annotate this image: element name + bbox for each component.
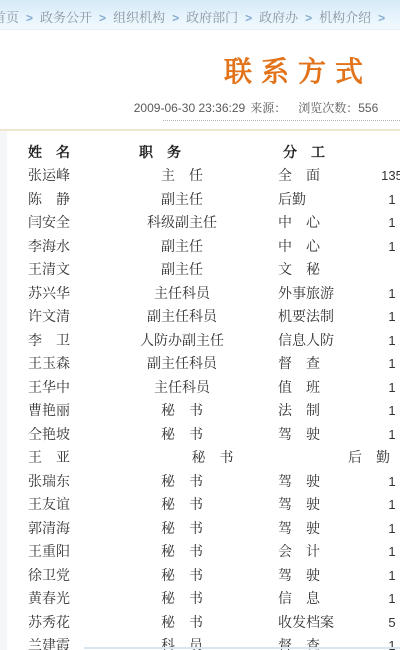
table-body: 张运峰 主 任 全 面 135 陈 静 副主任 后勤 1 闫安全 科级副主任 中… xyxy=(0,164,400,650)
table-row: 仝艳坡 秘 书 驾 驶 1 xyxy=(0,423,400,447)
solid-divider xyxy=(0,129,400,131)
table-row: 苏秀花 秘 书 收发档案 5 xyxy=(0,611,400,635)
cell-name: 张瑞东 xyxy=(28,470,70,494)
cell-division: 收发档案 xyxy=(278,611,334,635)
cell-name: 徐卫党 xyxy=(28,564,70,588)
breadcrumb-link[interactable]: 机构介绍 xyxy=(319,10,371,25)
article-meta: 2009-06-30 23:36:29来源：浏览次数：556 xyxy=(0,99,400,116)
cell-division: 驾 驶 xyxy=(278,423,320,447)
cell-position: 人防办副主任 xyxy=(92,329,272,353)
cell-name: 郭清海 xyxy=(28,517,70,541)
cell-phone: 1 xyxy=(352,423,400,447)
cell-position: 副主任科员 xyxy=(92,352,272,376)
cell-division: 驾 驶 xyxy=(278,493,320,517)
table-row: 黄春光 秘 书 信 息 1 xyxy=(0,587,400,611)
cell-name: 王玉森 xyxy=(28,352,70,376)
breadcrumb-link[interactable]: 政务公开 xyxy=(40,10,92,25)
header-division: 分 工 xyxy=(283,140,325,164)
table-row: 王友谊 秘 书 驾 驶 1 xyxy=(0,493,400,517)
cell-position: 主任科员 xyxy=(92,376,272,400)
cell-position: 科级副主任 xyxy=(92,211,272,235)
cell-position: 主 任 xyxy=(92,164,272,188)
table-row: 王重阳 秘 书 会 计 1 xyxy=(0,540,400,564)
cell-position: 副主任 xyxy=(92,258,272,282)
views-count: 556 xyxy=(358,101,378,115)
cell-position: 秘 书 xyxy=(92,587,272,611)
table-row: 许文清 副主任科员 机要法制 1 xyxy=(0,305,400,329)
table-row: 闫安全 科级副主任 中 心 1 xyxy=(0,211,400,235)
cell-division: 法 制 xyxy=(278,399,320,423)
cell-division: 信息人防 xyxy=(278,329,334,353)
cell-division: 中 心 xyxy=(278,211,320,235)
cell-name: 许文清 xyxy=(28,305,70,329)
cell-phone: 135 xyxy=(352,164,400,188)
cell-name: 闫安全 xyxy=(28,211,70,235)
cell-division: 信 息 xyxy=(278,587,320,611)
breadcrumb-link[interactable]: 政府办 xyxy=(259,10,298,25)
table-row: 郭清海 秘 书 驾 驶 1 xyxy=(0,517,400,541)
cell-division: 督 查 xyxy=(278,352,320,376)
chevron-right-icon: > xyxy=(245,11,252,25)
cell-phone: 1 xyxy=(352,470,400,494)
table-row: 王清文 副主任 文 秘 xyxy=(0,258,400,282)
cell-name: 陈 静 xyxy=(28,188,70,212)
cell-phone: 1 xyxy=(352,587,400,611)
cell-phone: 1 xyxy=(352,329,400,353)
cell-phone: 1 xyxy=(352,352,400,376)
table-header-row: 姓 名 职 务 分 工 xyxy=(0,140,400,164)
cell-name: 兰建霞 xyxy=(28,634,70,650)
page-title: 联系方式 xyxy=(0,50,400,90)
cell-name: 王清文 xyxy=(28,258,70,282)
cell-division: 外事旅游 xyxy=(278,282,334,306)
table-row: 王华中 主任科员 值 班 1 xyxy=(0,376,400,400)
table-row: 王 亚 秘 书 后 勤 xyxy=(0,446,400,470)
dotted-divider xyxy=(163,120,400,121)
cell-position: 副主任 xyxy=(92,188,272,212)
cell-phone: 5 xyxy=(352,611,400,635)
cell-division: 值 班 xyxy=(278,376,320,400)
cell-name: 苏秀花 xyxy=(28,611,70,635)
cell-phone: 1 xyxy=(352,305,400,329)
cell-name: 李海水 xyxy=(28,235,70,259)
cell-name: 仝艳坡 xyxy=(28,423,70,447)
header-position: 职 务 xyxy=(95,140,225,164)
chevron-right-icon: > xyxy=(99,11,106,25)
cell-division: 后勤 xyxy=(278,188,306,212)
cell-name: 黄春光 xyxy=(28,587,70,611)
breadcrumb-link[interactable]: 政府部门 xyxy=(186,10,238,25)
cell-position: 副主任 xyxy=(92,235,272,259)
cell-position: 秘 书 xyxy=(92,399,272,423)
header-name: 姓 名 xyxy=(28,140,70,164)
cell-position: 秘 书 xyxy=(110,446,315,470)
cell-division: 驾 驶 xyxy=(278,564,320,588)
cell-phone: 1 xyxy=(352,188,400,212)
cell-division: 后 勤 xyxy=(348,446,390,470)
cell-position: 秘 书 xyxy=(92,470,272,494)
table-row: 苏兴华 主任科员 外事旅游 1 xyxy=(0,282,400,306)
cell-name: 王友谊 xyxy=(28,493,70,517)
views-label: 浏览次数： xyxy=(298,101,358,115)
cell-division: 机要法制 xyxy=(278,305,334,329)
cell-phone: 1 xyxy=(352,376,400,400)
table-row: 张运峰 主 任 全 面 135 xyxy=(0,164,400,188)
cell-position: 秘 书 xyxy=(92,540,272,564)
cell-division: 驾 驶 xyxy=(278,470,320,494)
breadcrumb-bar: 首页>政务公开>组织机构>政府部门>政府办>机构介绍> xyxy=(0,0,400,30)
chevron-right-icon: > xyxy=(378,11,385,25)
cell-division: 全 面 xyxy=(278,164,320,188)
cell-position: 秘 书 xyxy=(92,517,272,541)
table-row: 王玉森 副主任科员 督 查 1 xyxy=(0,352,400,376)
breadcrumb: 首页>政务公开>组织机构>政府部门>政府办>机构介绍> xyxy=(0,7,392,26)
cell-phone: 1 xyxy=(352,564,400,588)
table-row: 徐卫党 秘 书 驾 驶 1 xyxy=(0,564,400,588)
cell-division: 中 心 xyxy=(278,235,320,259)
cell-position: 主任科员 xyxy=(92,282,272,306)
source-label: 来源： xyxy=(250,101,286,115)
chevron-right-icon: > xyxy=(26,11,33,25)
breadcrumb-link[interactable]: 组织机构 xyxy=(113,10,165,25)
cell-phone: 1 xyxy=(352,399,400,423)
table-row: 张瑞东 秘 书 驾 驶 1 xyxy=(0,470,400,494)
breadcrumb-link[interactable]: 首页 xyxy=(0,10,19,25)
cell-phone: 1 xyxy=(352,282,400,306)
chevron-right-icon: > xyxy=(305,11,312,25)
cell-name: 曹艳丽 xyxy=(28,399,70,423)
bottom-divider xyxy=(84,647,400,649)
publish-date: 2009-06-30 23:36:29 xyxy=(134,101,245,115)
table-row: 李海水 副主任 中 心 1 xyxy=(0,235,400,259)
cell-division: 驾 驶 xyxy=(278,517,320,541)
cell-phone: 1 xyxy=(352,235,400,259)
cell-division: 会 计 xyxy=(278,540,320,564)
cell-position: 秘 书 xyxy=(92,611,272,635)
table-row: 曹艳丽 秘 书 法 制 1 xyxy=(0,399,400,423)
cell-name: 王重阳 xyxy=(28,540,70,564)
cell-division: 文 秘 xyxy=(278,258,320,282)
cell-phone: 1 xyxy=(352,540,400,564)
cell-phone: 1 xyxy=(352,211,400,235)
cell-phone: 1 xyxy=(352,493,400,517)
chevron-right-icon: > xyxy=(172,11,179,25)
contact-table: 姓 名 职 务 分 工 张运峰 主 任 全 面 135 陈 静 副主任 后勤 1… xyxy=(0,140,400,650)
table-row: 李 卫 人防办副主任 信息人防 1 xyxy=(0,329,400,353)
cell-position: 副主任科员 xyxy=(92,305,272,329)
cell-position: 秘 书 xyxy=(92,564,272,588)
cell-name: 王华中 xyxy=(28,376,70,400)
cell-position: 秘 书 xyxy=(92,423,272,447)
cell-phone: 1 xyxy=(352,517,400,541)
cell-name: 苏兴华 xyxy=(28,282,70,306)
cell-name: 王 亚 xyxy=(28,446,70,470)
table-row: 陈 静 副主任 后勤 1 xyxy=(0,188,400,212)
cell-name: 李 卫 xyxy=(28,329,70,353)
cell-position: 秘 书 xyxy=(92,493,272,517)
cell-name: 张运峰 xyxy=(28,164,70,188)
page: 首页>政务公开>组织机构>政府部门>政府办>机构介绍> 联系方式 2009-06… xyxy=(0,0,400,650)
